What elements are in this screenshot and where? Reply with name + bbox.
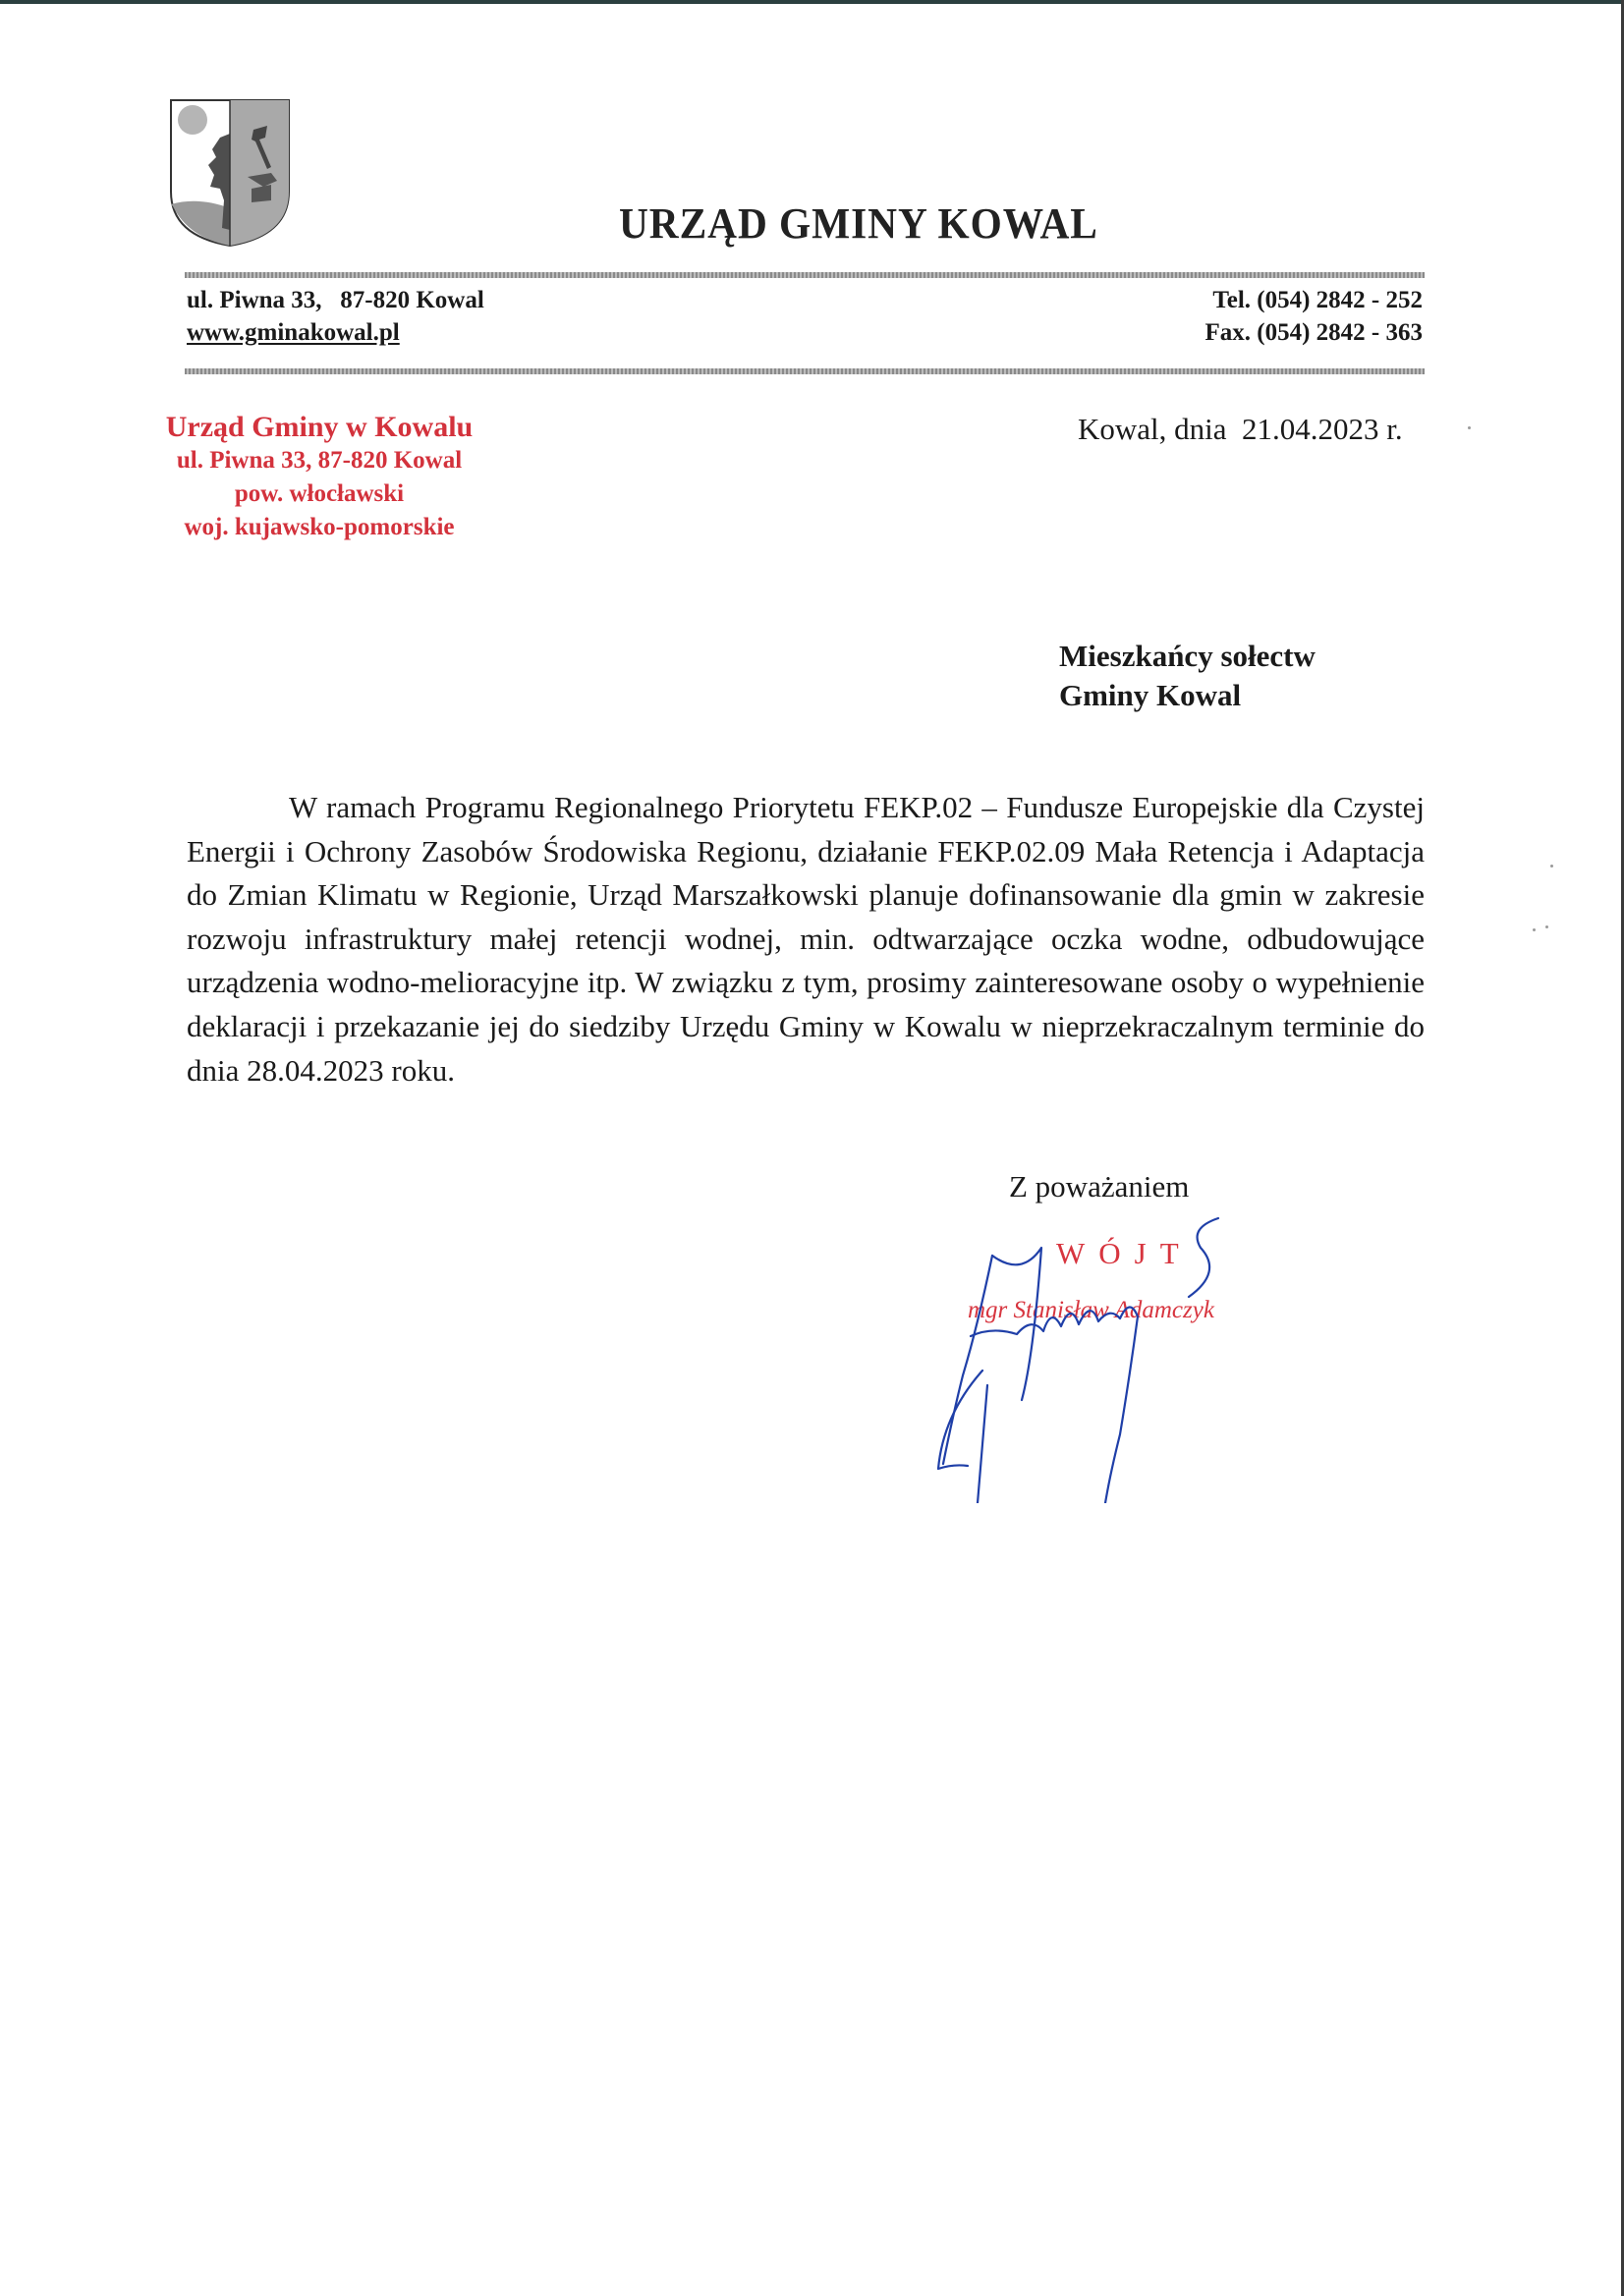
office-contact-right: Tel. (054) 2842 - 252 Fax. (054) 2842 - … xyxy=(1205,284,1424,349)
stamp-line-3: pow. włocławski xyxy=(138,477,501,511)
office-contact-left: ul. Piwna 33, 87-820 Kowal www.gminakowa… xyxy=(187,284,484,349)
fax-number: Fax. (054) 2842 - 363 xyxy=(1205,316,1424,349)
website-link[interactable]: www.gminakowal.pl xyxy=(187,316,484,349)
phone-number: Tel. (054) 2842 - 252 xyxy=(1205,284,1424,316)
stamp-line-1: Urząd Gminy w Kowalu xyxy=(138,411,501,444)
stamp-line-2: ul. Piwna 33, 87-820 Kowal xyxy=(138,444,501,477)
header-divider-top xyxy=(185,272,1425,278)
date-line: Kowal, dnia 21.04.2023 r. xyxy=(1078,412,1403,447)
scan-speck xyxy=(1545,925,1548,928)
scan-speck xyxy=(1550,865,1553,868)
coat-of-arms-icon xyxy=(169,98,291,248)
page-title: URZĄD GMINY KOWAL xyxy=(619,198,1098,249)
scan-speck xyxy=(1468,426,1471,429)
body-paragraph: W ramach Programu Regionalnego Priorytet… xyxy=(187,786,1425,1092)
addressee-line-1: Mieszkańcy sołectw xyxy=(1059,637,1316,676)
scan-speck xyxy=(1533,928,1536,931)
office-stamp: Urząd Gminy w Kowalu ul. Piwna 33, 87-82… xyxy=(138,411,501,544)
closing-regards: Z poważaniem xyxy=(1009,1169,1189,1204)
stamp-line-4: woj. kujawsko-pomorskie xyxy=(138,511,501,544)
header-divider-bottom xyxy=(185,368,1425,374)
handwritten-signature-icon xyxy=(924,1208,1277,1503)
office-address: ul. Piwna 33, 87-820 Kowal xyxy=(187,284,484,316)
letter-body: W ramach Programu Regionalnego Priorytet… xyxy=(187,786,1425,1092)
addressee: Mieszkańcy sołectw Gminy Kowal xyxy=(1059,637,1316,715)
addressee-line-2: Gminy Kowal xyxy=(1059,676,1316,715)
scan-top-edge xyxy=(0,0,1624,4)
